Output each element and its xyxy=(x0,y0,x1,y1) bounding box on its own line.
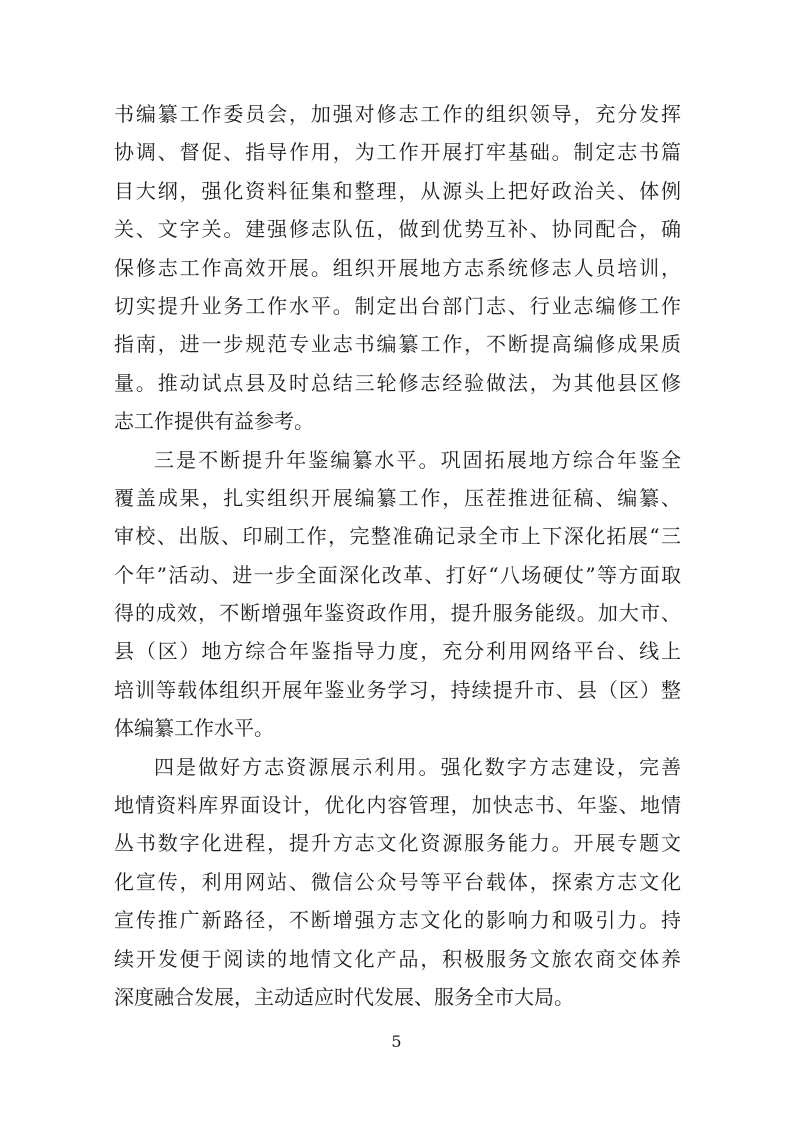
text-line: 书编纂工作委员会，加强对修志工作的组织领导，充分发挥 xyxy=(114,95,681,133)
text-line: 体编纂工作水平。 xyxy=(114,709,681,747)
text-line: 个年”活动、进一步全面深化改革、打好“八场硬仗”等方面取 xyxy=(114,556,681,594)
text-line: 审校、出版、印刷工作，完整准确记录全市上下深化拓展“三 xyxy=(114,517,681,555)
text-line: 保修志工作高效开展。组织开展地方志系统修志人员培训， xyxy=(114,249,681,287)
text-line: 四是做好方志资源展示利用。强化数字方志建设，完善 xyxy=(114,748,681,786)
page-footer: 5 xyxy=(0,1031,793,1053)
text-line: 得的成效，不断增强年鉴资政作用，提升服务能级。加大市、 xyxy=(114,594,681,632)
text-line: 志工作提供有益参考。 xyxy=(114,402,681,440)
text-line: 丛书数字化进程，提升方志文化资源服务能力。开展专题文 xyxy=(114,824,681,862)
text-line: 覆盖成果，扎实组织开展编纂工作，压茬推进征稿、编纂、 xyxy=(114,479,681,517)
text-line: 关、文字关。建强修志队伍，做到优势互补、协同配合，确 xyxy=(114,210,681,248)
paragraph: 书编纂工作委员会，加强对修志工作的组织领导，充分发挥协调、督促、指导作用，为工作… xyxy=(114,95,681,441)
text-line: 切实提升业务工作水平。制定出台部门志、行业志编修工作 xyxy=(114,287,681,325)
text-line: 三是不断提升年鉴编纂水平。巩固拓展地方综合年鉴全 xyxy=(114,441,681,479)
text-line: 化宣传，利用网站、微信公众号等平台载体，探索方志文化 xyxy=(114,863,681,901)
text-line: 宣传推广新路径，不断增强方志文化的影响力和吸引力。持 xyxy=(114,901,681,939)
paragraph: 四是做好方志资源展示利用。强化数字方志建设，完善地情资料库界面设计，优化内容管理… xyxy=(114,748,681,1017)
paragraph: 三是不断提升年鉴编纂水平。巩固拓展地方综合年鉴全覆盖成果，扎实组织开展编纂工作，… xyxy=(114,441,681,748)
text-line: 协调、督促、指导作用，为工作开展打牢基础。制定志书篇 xyxy=(114,133,681,171)
document-body: 书编纂工作委员会，加强对修志工作的组织领导，充分发挥协调、督促、指导作用，为工作… xyxy=(114,95,681,1016)
text-line: 县（区）地方综合年鉴指导力度，充分利用网络平台、线上 xyxy=(114,632,681,670)
text-line: 续开发便于阅读的地情文化产品，积极服务文旅农商交体养 xyxy=(114,940,681,978)
text-line: 深度融合发展，主动适应时代发展、服务全市大局。 xyxy=(114,978,681,1016)
page-number: 5 xyxy=(391,1032,401,1051)
text-line: 地情资料库界面设计，优化内容管理，加快志书、年鉴、地情 xyxy=(114,786,681,824)
document-page: 书编纂工作委员会，加强对修志工作的组织领导，充分发挥协调、督促、指导作用，为工作… xyxy=(0,0,793,1122)
text-line: 量。推动试点县及时总结三轮修志经验做法，为其他县区修 xyxy=(114,364,681,402)
text-line: 目大纲，强化资料征集和整理，从源头上把好政治关、体例 xyxy=(114,172,681,210)
text-line: 培训等载体组织开展年鉴业务学习，持续提升市、县（区）整 xyxy=(114,671,681,709)
text-line: 指南，进一步规范专业志书编纂工作，不断提高编修成果质 xyxy=(114,325,681,363)
